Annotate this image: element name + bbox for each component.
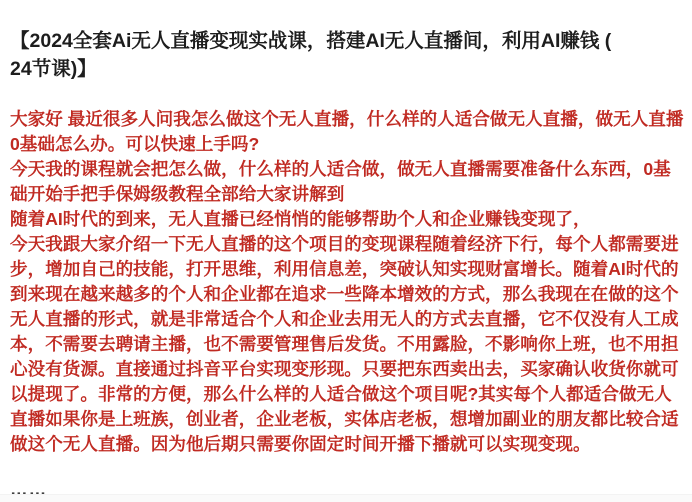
course-title: 【2024全套Ai无人直播变现实战课，搭建AI无人直播间，利用AI赚钱 ( 24… <box>10 27 684 83</box>
project-detail-paragraph: 今天我跟大家介绍一下无人直播的这个项目的变现课程随着经济下行，每个人都需要进步，… <box>10 232 684 457</box>
course-promise-paragraph: 今天我的课程就会把怎么做，什么样的人适合做，做无人直播需要准备什么东西，0基础开… <box>10 157 684 207</box>
bottom-divider-strip <box>0 494 692 502</box>
ai-era-paragraph: 随着AI时代的到来，无人直播已经悄悄的能够帮助个人和企业赚钱变现了， <box>10 207 684 232</box>
course-description-page: 【2024全套Ai无人直播变现实战课，搭建AI无人直播间，利用AI赚钱 ( 24… <box>0 0 692 502</box>
intro-paragraph: 大家好 最近很多人问我怎么做这个无人直播，什么样的人适合做无人直播，做无人直播0… <box>10 107 684 157</box>
course-description-body: 大家好 最近很多人问我怎么做这个无人直播，什么样的人适合做无人直播，做无人直播0… <box>10 107 684 502</box>
